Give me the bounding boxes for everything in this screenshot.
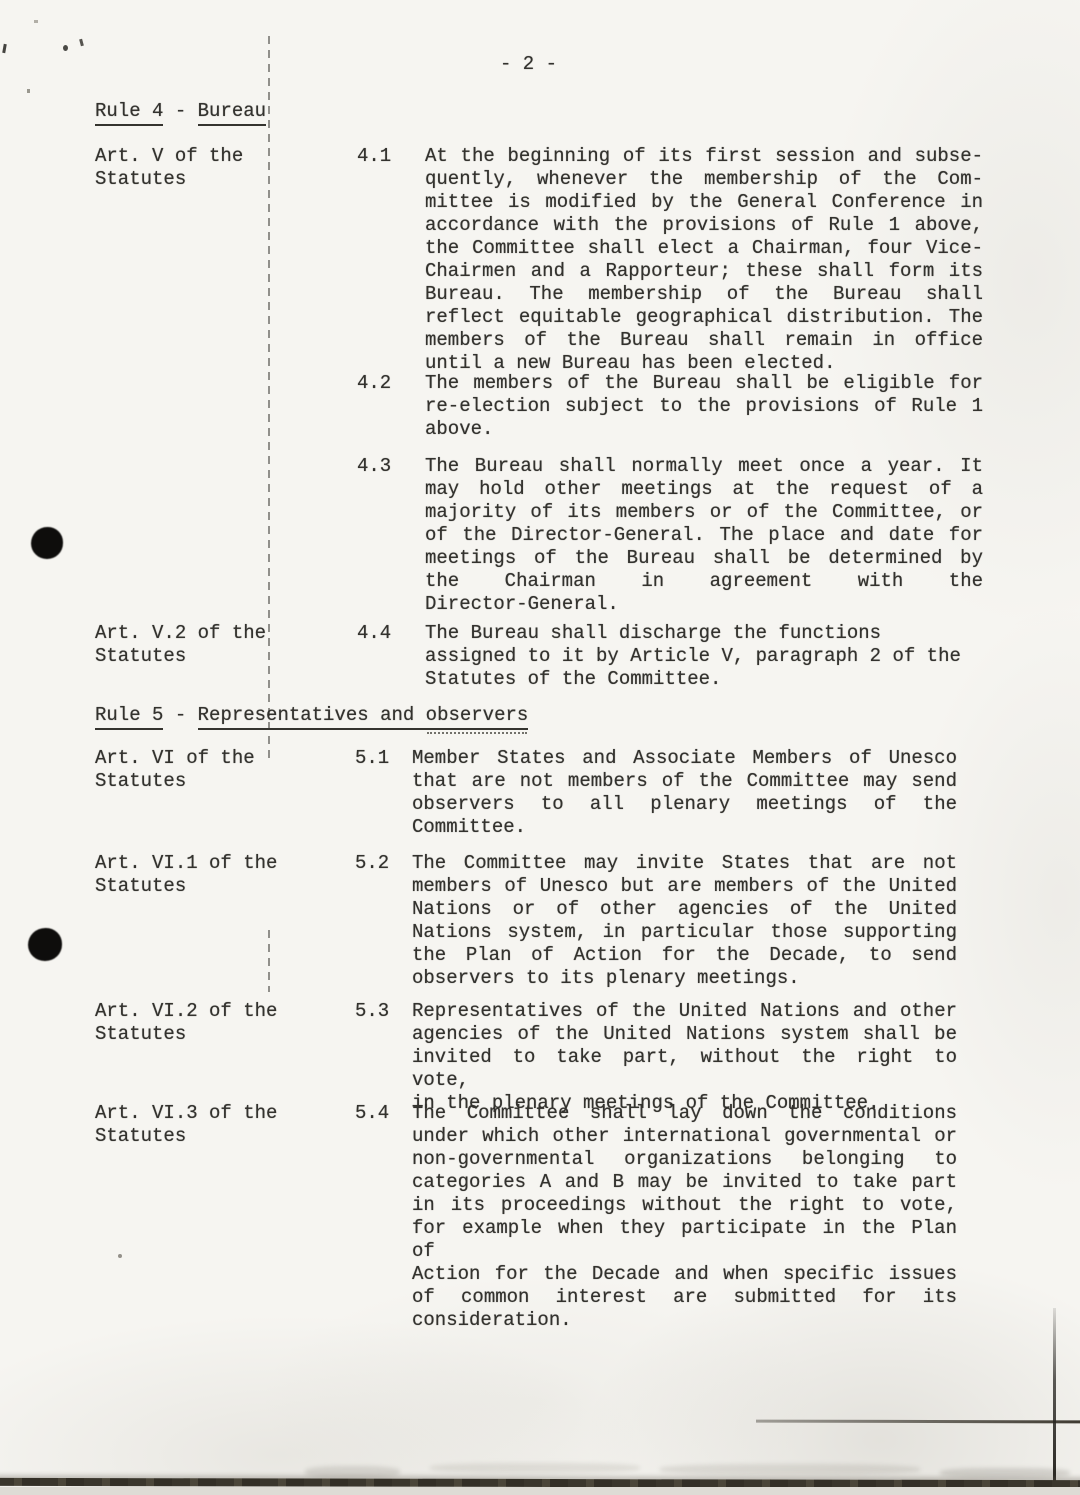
scan-smudge bbox=[430, 1463, 640, 1473]
paragraph-text: Member States and Associate Members of U… bbox=[412, 747, 957, 839]
rule-5-heading-separator: - bbox=[163, 704, 197, 726]
paragraph-number: 5.4 bbox=[355, 1102, 389, 1125]
scan-speckle bbox=[2, 44, 7, 53]
paragraph-number: 4.3 bbox=[357, 455, 391, 478]
paragraph-line: Nations system, in particular those supp… bbox=[412, 921, 957, 944]
paragraph-line: of the Director-General. The place and d… bbox=[425, 524, 983, 547]
paragraph-text: The Committee may invite States that are… bbox=[412, 852, 957, 990]
underline-artifact bbox=[427, 732, 527, 734]
fold-crease-line bbox=[268, 930, 270, 992]
scan-smudge bbox=[305, 1466, 400, 1478]
document-page: - 2 - Rule 4 - Bureau Art. V of the Stat… bbox=[0, 0, 1080, 1495]
paragraph-line: re-election subject to the provisions of… bbox=[425, 395, 983, 418]
paragraph-line: of common interest are submitted for its bbox=[412, 1286, 957, 1309]
rule-4-heading-rule: Rule 4 bbox=[95, 100, 163, 126]
paragraph-line: assigned to it by Article V, paragraph 2… bbox=[425, 645, 983, 668]
paragraph-line: The Committee shall lay down the conditi… bbox=[412, 1102, 957, 1125]
paragraph-line: observers to its plenary meetings. bbox=[412, 967, 957, 990]
margin-note-line: Art. VI.2 of the bbox=[95, 1000, 335, 1023]
paragraph-line: Representatives of the United Nations an… bbox=[412, 1000, 957, 1023]
scan-edge-margin bbox=[0, 1487, 1080, 1495]
paragraph-line: categories A and B may be invited to tak… bbox=[412, 1171, 957, 1194]
paragraph-text: At the beginning of its first session an… bbox=[425, 145, 983, 375]
paragraph-line: Statutes of the Committee. bbox=[425, 668, 983, 691]
margin-note-line: Art. V.2 of the bbox=[95, 622, 335, 645]
paragraph-number: 5.1 bbox=[355, 747, 389, 770]
rule-5-heading-title: Representatives and observers bbox=[198, 704, 529, 730]
paragraph-line: above. bbox=[425, 418, 983, 441]
paragraph-line: for example when they participate in the… bbox=[412, 1217, 957, 1263]
margin-note-line: Statutes bbox=[95, 1125, 335, 1148]
scan-speckle bbox=[34, 20, 38, 23]
margin-note: Art. VI.2 of the Statutes bbox=[95, 1000, 335, 1046]
paragraph-line: Director-General. bbox=[425, 593, 983, 616]
paragraph-line: observers to all plenary meetings of the bbox=[412, 793, 957, 816]
paragraph-line: members of Unesco but are members of the… bbox=[412, 875, 957, 898]
margin-note: Art. V.2 of the Statutes bbox=[95, 622, 335, 668]
paragraph-text: Representatives of the United Nations an… bbox=[412, 1000, 957, 1115]
margin-note: Art. VI.3 of the Statutes bbox=[95, 1102, 335, 1148]
paragraph-line: accordance with the provisions of Rule 1… bbox=[425, 214, 983, 237]
hole-punch-mark bbox=[28, 928, 62, 961]
paragraph-number: 4.2 bbox=[357, 372, 391, 395]
page-number: - 2 - bbox=[500, 53, 557, 76]
paragraph-line: The Bureau shall normally meet once a ye… bbox=[425, 455, 983, 478]
margin-note-line: Art. V of the bbox=[95, 145, 335, 168]
scan-edge-line-horizontal bbox=[756, 1420, 1080, 1424]
paragraph-number: 5.2 bbox=[355, 852, 389, 875]
margin-note-line: Art. VI.1 of the bbox=[95, 852, 335, 875]
paragraph-line: agencies of the United Nations system sh… bbox=[412, 1023, 957, 1046]
paragraph-line: the Plan of Action for the Decade, to se… bbox=[412, 944, 957, 967]
scan-speckle bbox=[79, 39, 84, 47]
paragraph-line: Committee. bbox=[412, 816, 957, 839]
margin-note-line: Statutes bbox=[95, 875, 335, 898]
paragraph-text: The Bureau shall normally meet once a ye… bbox=[425, 455, 983, 616]
paragraph-line: mittee is modified by the General Confer… bbox=[425, 191, 983, 214]
paragraph-line: the Chairman in agreement with the bbox=[425, 570, 983, 593]
rule-4-heading-separator: - bbox=[163, 100, 197, 122]
scan-speckle bbox=[27, 89, 30, 93]
rule-5-heading: Rule 5 - Representatives and observers bbox=[95, 704, 528, 727]
paragraph-line: consideration. bbox=[412, 1309, 957, 1332]
paragraph-line: in its proceedings without the right to … bbox=[412, 1194, 957, 1217]
paragraph-line: the Committee shall elect a Chairman, fo… bbox=[425, 237, 983, 260]
paragraph-line: Member States and Associate Members of U… bbox=[412, 747, 957, 770]
paragraph-line: At the beginning of its first session an… bbox=[425, 145, 983, 168]
scan-speckle bbox=[118, 1254, 122, 1258]
paragraph-line: meetings of the Bureau shall be determin… bbox=[425, 547, 983, 570]
margin-note-line: Statutes bbox=[95, 770, 335, 793]
margin-note-line: Statutes bbox=[95, 1023, 335, 1046]
margin-note-line: Art. VI of the bbox=[95, 747, 335, 770]
margin-note-line: Art. VI.3 of the bbox=[95, 1102, 335, 1125]
scan-speckle bbox=[63, 45, 68, 51]
paragraph-number: 5.3 bbox=[355, 1000, 389, 1023]
scan-smudge bbox=[940, 1468, 1070, 1478]
hole-punch-mark bbox=[31, 527, 63, 559]
rule-5-heading-rule: Rule 5 bbox=[95, 704, 163, 730]
scan-smudge bbox=[660, 1464, 920, 1475]
paragraph-line: Action for the Decade and when specific … bbox=[412, 1263, 957, 1286]
margin-note-line: Statutes bbox=[95, 645, 335, 668]
paragraph-line: Chairmen and a Rapporteur; these shall f… bbox=[425, 260, 983, 283]
paragraph-line: members of the Bureau shall remain in of… bbox=[425, 329, 983, 352]
paragraph-line: Bureau. The membership of the Bureau sha… bbox=[425, 283, 983, 306]
paragraph-line: invited to take part, without the right … bbox=[412, 1046, 957, 1092]
paragraph-number: 4.4 bbox=[357, 622, 391, 645]
margin-note: Art. VI.1 of the Statutes bbox=[95, 852, 335, 898]
paragraph-line: Nations or of other agencies of the Unit… bbox=[412, 898, 957, 921]
paragraph-line: non-governmental organizations belonging… bbox=[412, 1148, 957, 1171]
rule-4-heading: Rule 4 - Bureau bbox=[95, 100, 266, 123]
rule-4-heading-title: Bureau bbox=[198, 100, 266, 126]
paragraph-line: majority of its members or of the Commit… bbox=[425, 501, 983, 524]
paragraph-text: The members of the Bureau shall be eligi… bbox=[425, 372, 983, 441]
paragraph-line: may hold other meetings at the request o… bbox=[425, 478, 983, 501]
paragraph-text: The Committee shall lay down the conditi… bbox=[412, 1102, 957, 1332]
margin-note-line: Statutes bbox=[95, 168, 335, 191]
paragraph-line: under which other international governme… bbox=[412, 1125, 957, 1148]
paragraph-line: The Bureau shall discharge the functions bbox=[425, 622, 983, 645]
paragraph-text: The Bureau shall discharge the functions… bbox=[425, 622, 983, 691]
margin-note: Art. VI of the Statutes bbox=[95, 747, 335, 793]
paragraph-line: reflect equitable geographical distribut… bbox=[425, 306, 983, 329]
paragraph-line: The Committee may invite States that are… bbox=[412, 852, 957, 875]
paragraph-line: The members of the Bureau shall be eligi… bbox=[425, 372, 983, 395]
margin-note: Art. V of the Statutes bbox=[95, 145, 335, 191]
paragraph-number: 4.1 bbox=[357, 145, 391, 168]
paragraph-line: that are not members of the Committee ma… bbox=[412, 770, 957, 793]
paragraph-line: quently, whenever the membership of the … bbox=[425, 168, 983, 191]
scan-edge-line-vertical bbox=[1053, 1308, 1056, 1488]
